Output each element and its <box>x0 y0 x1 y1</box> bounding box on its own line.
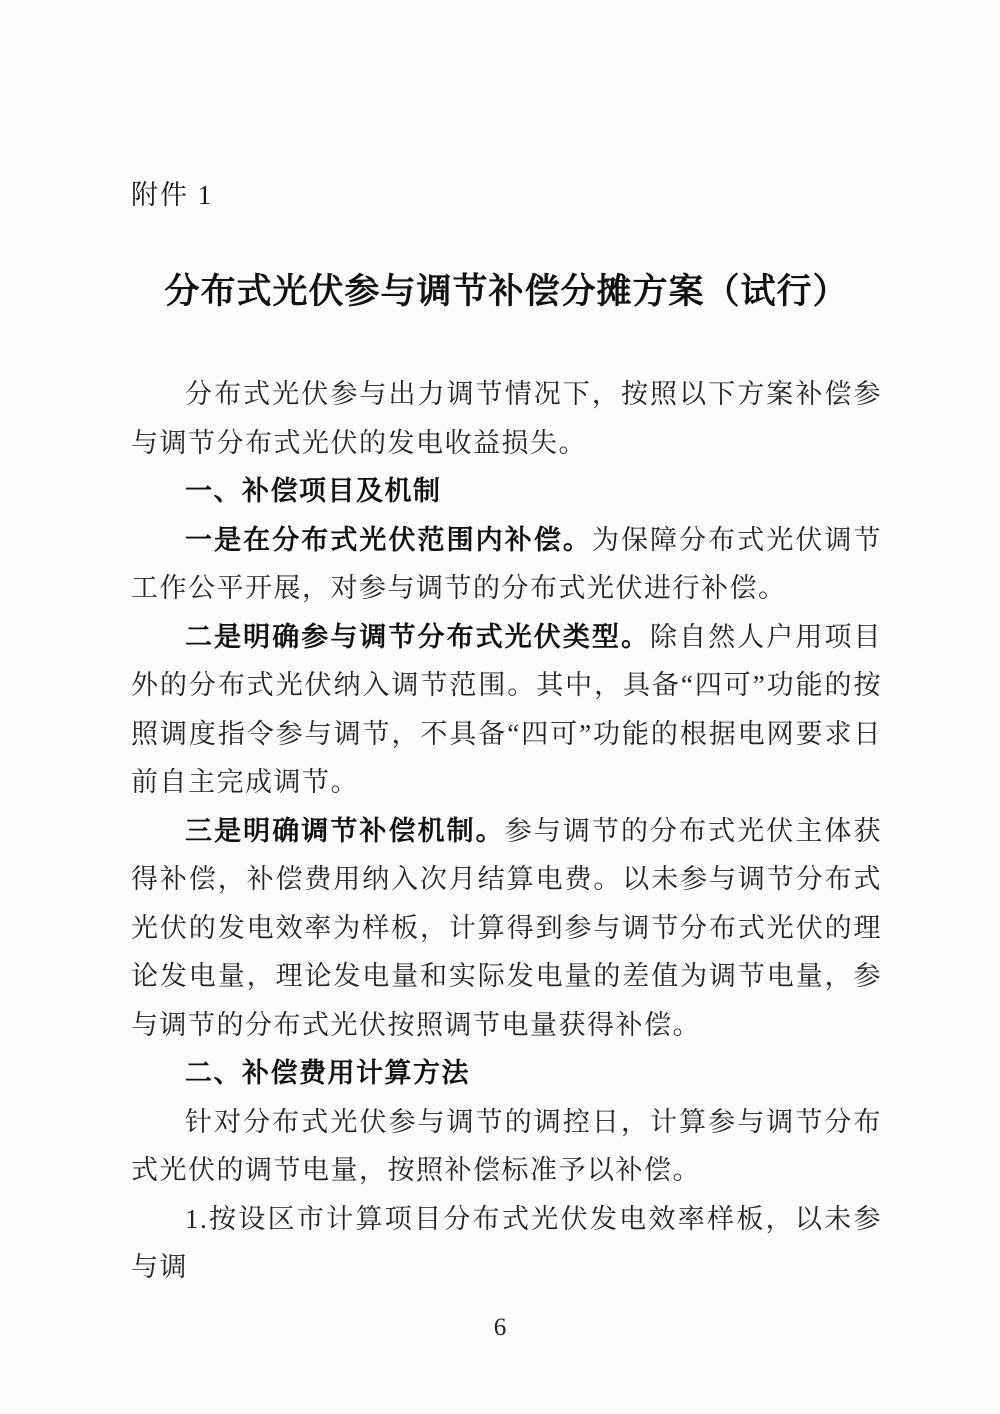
section-heading: 二、补偿费用计算方法 <box>131 1049 882 1098</box>
paragraph: 针对分布式光伏参与调节的调控日，计算参与调节分布式光伏的调节电量，按照补偿标准予… <box>131 1098 882 1195</box>
paragraph-lead: 二是明确参与调节分布式光伏类型。 <box>185 622 650 652</box>
paragraph: 一是在分布式光伏范围内补偿。为保障分布式光伏调节工作公平开展，对参与调节的分布式… <box>131 516 882 613</box>
document-page: 附件 1 分布式光伏参与调节补偿分摊方案（试行） 分布式光伏参与出力调节情况下，… <box>0 0 1000 1414</box>
paragraph: 三是明确调节补偿机制。参与调节的分布式光伏主体获得补偿，补偿费用纳入次月结算电费… <box>131 807 882 1050</box>
paragraph: 1.按设区市计算项目分布式光伏发电效率样板，以未参与调 <box>131 1195 882 1292</box>
attachment-label: 附件 1 <box>131 172 882 218</box>
paragraph: 二是明确参与调节分布式光伏类型。除自然人户用项目外的分布式光伏纳入调节范围。其中… <box>131 613 882 807</box>
paragraph-lead: 一是在分布式光伏范围内补偿。 <box>185 525 592 555</box>
paragraph-lead: 三是明确调节补偿机制。 <box>185 816 505 846</box>
paragraph: 分布式光伏参与出力调节情况下，按照以下方案补偿参与调节分布式光伏的发电收益损失。 <box>131 370 882 467</box>
document-body: 分布式光伏参与出力调节情况下，按照以下方案补偿参与调节分布式光伏的发电收益损失。… <box>131 370 882 1292</box>
section-heading: 一、补偿项目及机制 <box>131 467 882 516</box>
document-title: 分布式光伏参与调节补偿分摊方案（试行） <box>131 266 882 318</box>
page-number: 6 <box>0 1314 1000 1342</box>
